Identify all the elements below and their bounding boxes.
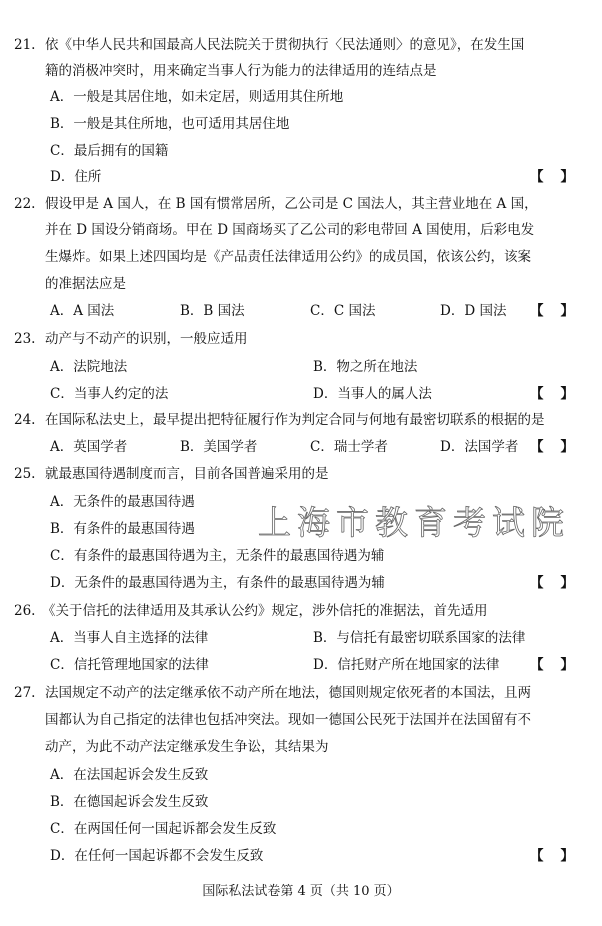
answer-bracket[interactable]: 【】 (530, 436, 574, 458)
option-a: A．法院地法 (50, 356, 127, 378)
option-d: D．无条件的最惠国待遇为主，有条件的最惠国待遇为辅 (50, 572, 385, 594)
question-text: 的准据法应是 (45, 273, 126, 295)
question-text: 就最惠国待遇制度而言，目前各国普遍采用的是 (45, 463, 329, 485)
bracket-close: 】 (561, 845, 575, 867)
question-text: 生爆炸。如果上述四国均是《产品责任法律适用公约》的成员国，依该公约，该案 (45, 246, 531, 268)
question-number: 26. (14, 600, 35, 622)
option-c: C．在两国任何一国起诉都会发生反致 (50, 818, 276, 840)
option-b: B．一般是其住所地，也可适用其居住地 (50, 113, 289, 135)
answer-bracket[interactable]: 【】 (530, 383, 574, 405)
option-c: C．当事人约定的法 (50, 383, 168, 405)
option-a: A．英国学者 (50, 436, 127, 458)
bracket-open: 【 (530, 300, 544, 322)
question-number: 25. (14, 463, 35, 485)
watermark-stamp: 上海市教育考试院 (258, 497, 570, 544)
question-text: 并在 D 国设分销商场。甲在 D 国商场买了乙公司的彩电带回 A 国使用，后彩电… (45, 219, 534, 241)
option-c: C．有条件的最惠国待遇为主，无条件的最惠国待遇为辅 (50, 545, 384, 567)
answer-bracket[interactable]: 【】 (530, 166, 574, 188)
bracket-open: 【 (530, 436, 544, 458)
answer-bracket[interactable]: 【】 (530, 845, 574, 867)
option-b: B．在德国起诉会发生反致 (50, 791, 208, 813)
question-number: 23. (14, 328, 35, 350)
option-a: A．一般是其居住地，如未定居，则适用其住所地 (50, 86, 343, 108)
option-d: D．住所 (50, 166, 101, 188)
option-b: B．与信托有最密切联系国家的法律 (313, 627, 525, 649)
option-c: C．最后拥有的国籍 (50, 140, 168, 162)
option-a: A．当事人自主选择的法律 (50, 627, 208, 649)
question-text: 动产与不动产的识别，一般应适用 (45, 328, 248, 350)
option-d: D．法国学者 (440, 436, 518, 458)
option-d: D．信托财产所在地国家的法律 (313, 654, 499, 676)
question-text: 国都认为自己指定的法律也包括冲突法。现如一德国公民死于法国并在法国留有不 (45, 709, 531, 731)
option-b: B．美国学者 (180, 436, 257, 458)
option-b: B．B 国法 (180, 300, 245, 322)
page-footer: 国际私法试卷第 4 页（共 10 页） (0, 880, 602, 899)
bracket-close: 】 (561, 300, 575, 322)
option-a: A．在法国起诉会发生反致 (50, 764, 208, 786)
option-d: D．当事人的属人法 (313, 383, 432, 405)
bracket-open: 【 (530, 166, 544, 188)
bracket-close: 】 (561, 166, 575, 188)
option-c: C．信托管理地国家的法律 (50, 654, 209, 676)
option-c: C．瑞士学者 (310, 436, 388, 458)
bracket-close: 】 (561, 383, 575, 405)
answer-bracket[interactable]: 【】 (530, 654, 574, 676)
option-b: B．物之所在地法 (313, 356, 417, 378)
question-number: 21. (14, 34, 35, 56)
question-text: 在国际私法史上，最早提出把特征履行作为判定合同与何地有最密切联系的根据的是 (45, 409, 545, 431)
question-text: 依《中华人民共和国最高人民法院关于贯彻执行〈民法通则〉的意见》，在发生国 (45, 34, 524, 56)
answer-bracket[interactable]: 【】 (530, 300, 574, 322)
bracket-open: 【 (530, 383, 544, 405)
option-b: B．有条件的最惠国待遇 (50, 518, 195, 540)
option-a: A．无条件的最惠国待遇 (50, 491, 195, 513)
bracket-open: 【 (530, 572, 544, 594)
question-number: 24. (14, 409, 35, 431)
question-text: 动产，为此不动产法定继承发生争讼，其结果为 (45, 736, 329, 758)
option-a: A．A 国法 (50, 300, 114, 322)
option-c: C．C 国法 (310, 300, 375, 322)
question-number: 27. (14, 682, 35, 704)
question-text: 假设甲是 A 国人，在 B 国有惯常居所，乙公司是 C 国法人，其主营业地在 A… (45, 193, 538, 215)
bracket-close: 】 (561, 654, 575, 676)
option-d: D．在任何一国起诉都不会发生反致 (50, 845, 263, 867)
question-text: 《关于信托的法律适用及其承认公约》规定，涉外信托的准据法，首先适用 (42, 600, 488, 622)
question-text: 籍的消极冲突时，用来确定当事人行为能力的法律适用的连结点是 (45, 60, 437, 82)
bracket-open: 【 (530, 654, 544, 676)
bracket-close: 】 (561, 572, 575, 594)
question-text: 法国规定不动产的法定继承依不动产所在地法，德国则规定依死者的本国法，且两 (45, 682, 531, 704)
option-d: D．D 国法 (440, 300, 506, 322)
bracket-close: 】 (561, 436, 575, 458)
question-number: 22. (14, 193, 35, 215)
bracket-open: 【 (530, 845, 544, 867)
answer-bracket[interactable]: 【】 (530, 572, 574, 594)
